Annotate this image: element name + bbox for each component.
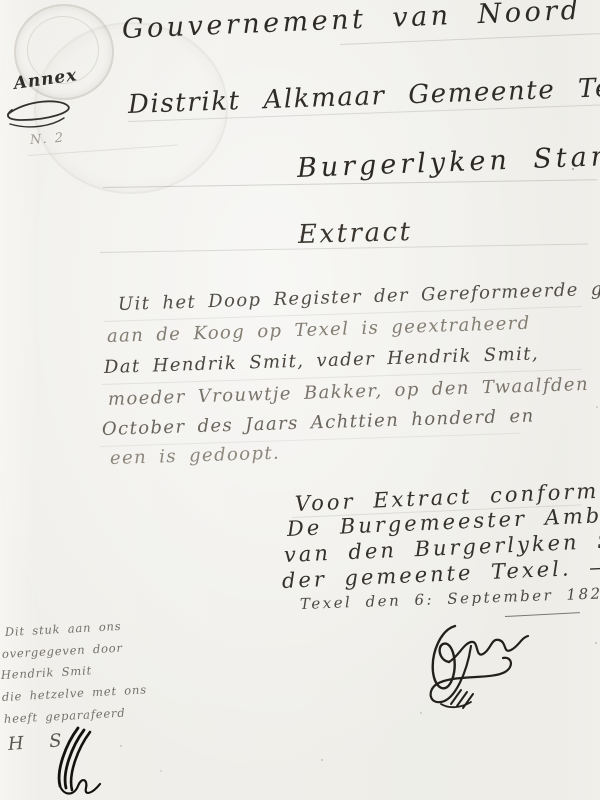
paper-speckle xyxy=(420,712,422,714)
margin-note-line: Hendrik Smit xyxy=(1,665,93,681)
paper-speckle xyxy=(595,642,597,644)
paper-speckle xyxy=(120,745,122,747)
annex-flourish-icon xyxy=(2,96,84,132)
paraph-mark-icon xyxy=(44,722,106,798)
extract-title: Extract xyxy=(298,219,413,248)
ruled-line xyxy=(340,33,600,45)
margin-note-line: overgegeven door xyxy=(2,643,123,661)
document-page: Annex N. 2 Gouvernement van Noord Hollan… xyxy=(0,0,600,800)
margin-note-line: Dit stuk aan ons xyxy=(5,621,122,639)
burgemeester-signature xyxy=(383,616,541,714)
margin-note-line: die hetzelve met ons xyxy=(2,684,147,703)
paper-speckle xyxy=(596,406,598,408)
registry-title: Burgerlyken Stand xyxy=(296,142,600,182)
paper-speckle xyxy=(300,236,302,238)
paper-speckle xyxy=(160,770,162,772)
paper-speckle xyxy=(572,168,574,170)
body-line: een is gedoopt. xyxy=(110,445,281,468)
paper-speckle xyxy=(321,759,323,761)
document-number: N. 2 xyxy=(30,132,66,147)
